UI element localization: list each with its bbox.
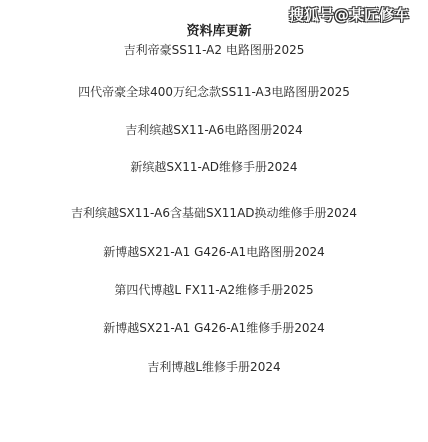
page-title: 资料库更新 bbox=[0, 20, 428, 39]
list-item: 四代帝豪全球400万纪念款SS11-A3电路图册2025 bbox=[0, 84, 428, 100]
list-item: 吉利帝豪SS11-A2 电路图册2025 bbox=[0, 42, 428, 58]
list-item: 吉利缤越SX11-A6电路图册2024 bbox=[0, 122, 428, 138]
list-item: 第四代博越L FX11-A2维修手册2025 bbox=[0, 282, 428, 298]
list-item: 新博越SX21-A1 G426-A1电路图册2024 bbox=[0, 244, 428, 260]
list-item: 新博越SX21-A1 G426-A1维修手册2024 bbox=[0, 320, 428, 336]
list-item: 新缤越SX11-AD维修手册2024 bbox=[0, 159, 428, 175]
list-item: 吉利博越L维修手册2024 bbox=[0, 359, 428, 375]
list-item: 吉利缤越SX11-A6含基础SX11AD换动维修手册2024 bbox=[0, 205, 428, 221]
